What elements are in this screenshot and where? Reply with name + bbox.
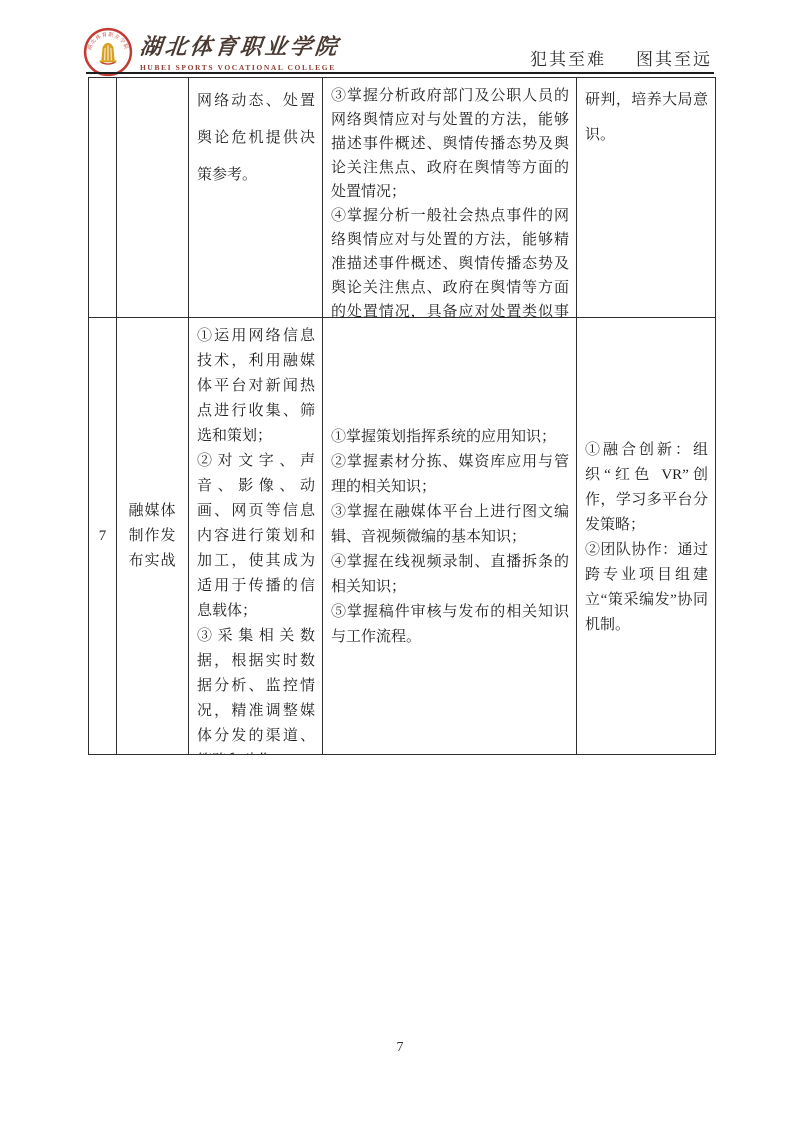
- knowledge-paragraph: ④掌握分析一般社会热点事件的网络舆情应对与处置的方法，能够精准描述事件概述、舆情…: [331, 204, 569, 318]
- sequence-number: 7: [99, 528, 107, 545]
- cell-seq-carryover: [89, 78, 117, 318]
- description-paragraph: ②对文字、声音、影像、动画、网页等信息内容进行策划和加工，使其成为适用于传播的信…: [197, 449, 315, 624]
- college-name-zh: 湖北体育职业学院: [138, 30, 341, 61]
- college-motto: 犯其至难 图其至远: [530, 45, 712, 70]
- cell-description-7: ①运用网络信息技术，利用融媒体平台对新闻热点进行收集、筛选和策划； ②对文字、声…: [189, 318, 323, 754]
- cell-quality-carryover: 研判，培养大局意识。: [577, 78, 715, 318]
- knowledge-paragraph: ②掌握素材分拣、媒资库应用与管理的相关知识；: [331, 450, 569, 500]
- cell-knowledge-7: ①掌握策划指挥系统的应用知识； ②掌握素材分拣、媒资库应用与管理的相关知识； ③…: [323, 318, 577, 754]
- cell-quality-7: ①融合创新：组织“红色 VR”创作，学习多平台分发策略； ②团队协作：通过跨专业…: [577, 318, 715, 754]
- page-number: 7: [0, 1040, 800, 1056]
- cell-seq-7: 7: [89, 318, 117, 754]
- header-divider: [86, 72, 714, 74]
- motto-right: 图其至远: [636, 45, 712, 70]
- cell-description-carryover: 网络动态、处置舆论危机提供决策参考。: [189, 78, 323, 318]
- college-seal-icon: 湖北体育职业学院: [83, 27, 133, 77]
- quality-paragraph: ①融合创新：组织“红色 VR”创作，学习多平台分发策略；: [585, 438, 708, 538]
- cell-course-name-7: 融媒体制作发布实战: [117, 318, 189, 754]
- knowledge-paragraph: ③掌握分析政府部门及公职人员的网络舆情应对与处置的方法，能够描述事件概述、舆情传…: [331, 84, 569, 204]
- course-name: 融媒体制作发布实战: [117, 495, 188, 578]
- quality-paragraph: ②团队协作：通过跨专业项目组建立“策采编发”协同机制。: [585, 538, 708, 638]
- cell-knowledge-carryover: ③掌握分析政府部门及公职人员的网络舆情应对与处置的方法，能够描述事件概述、舆情传…: [323, 78, 577, 318]
- description-paragraph: 网络动态、处置舆论危机提供决策参考。: [197, 83, 315, 194]
- knowledge-paragraph: ⑤掌握稿件审核与发布的相关知识与工作流程。: [331, 600, 569, 650]
- motto-left: 犯其至难: [530, 45, 606, 70]
- cell-course-carryover: [117, 78, 189, 318]
- college-name-en: HUBEI SPORTS VOCATIONAL COLLEGE: [140, 63, 340, 72]
- college-title-block: 湖北体育职业学院 HUBEI SPORTS VOCATIONAL COLLEGE: [140, 30, 340, 72]
- quality-paragraph: 研判，培养大局意识。: [585, 83, 708, 153]
- course-table: 网络动态、处置舆论危机提供决策参考。 ③掌握分析政府部门及公职人员的网络舆情应对…: [88, 77, 716, 755]
- knowledge-paragraph: ③掌握在融媒体平台上进行图文编辑、音视频微编的基本知识；: [331, 500, 569, 550]
- description-paragraph: ①运用网络信息技术，利用融媒体平台对新闻热点进行收集、筛选和策划；: [197, 324, 315, 449]
- knowledge-paragraph: ①掌握策划指挥系统的应用知识；: [331, 425, 569, 450]
- knowledge-paragraph: ④掌握在线视频录制、直播拆条的相关知识；: [331, 550, 569, 600]
- document-page: 湖北体育职业学院 湖北体育职业学院 HUBEI SPORTS VOCATIONA…: [0, 0, 800, 1131]
- description-paragraph: ③采集相关数据，根据实时数据分析、监控情况，精准调整媒体分发的渠道、策略和动作；: [197, 624, 315, 754]
